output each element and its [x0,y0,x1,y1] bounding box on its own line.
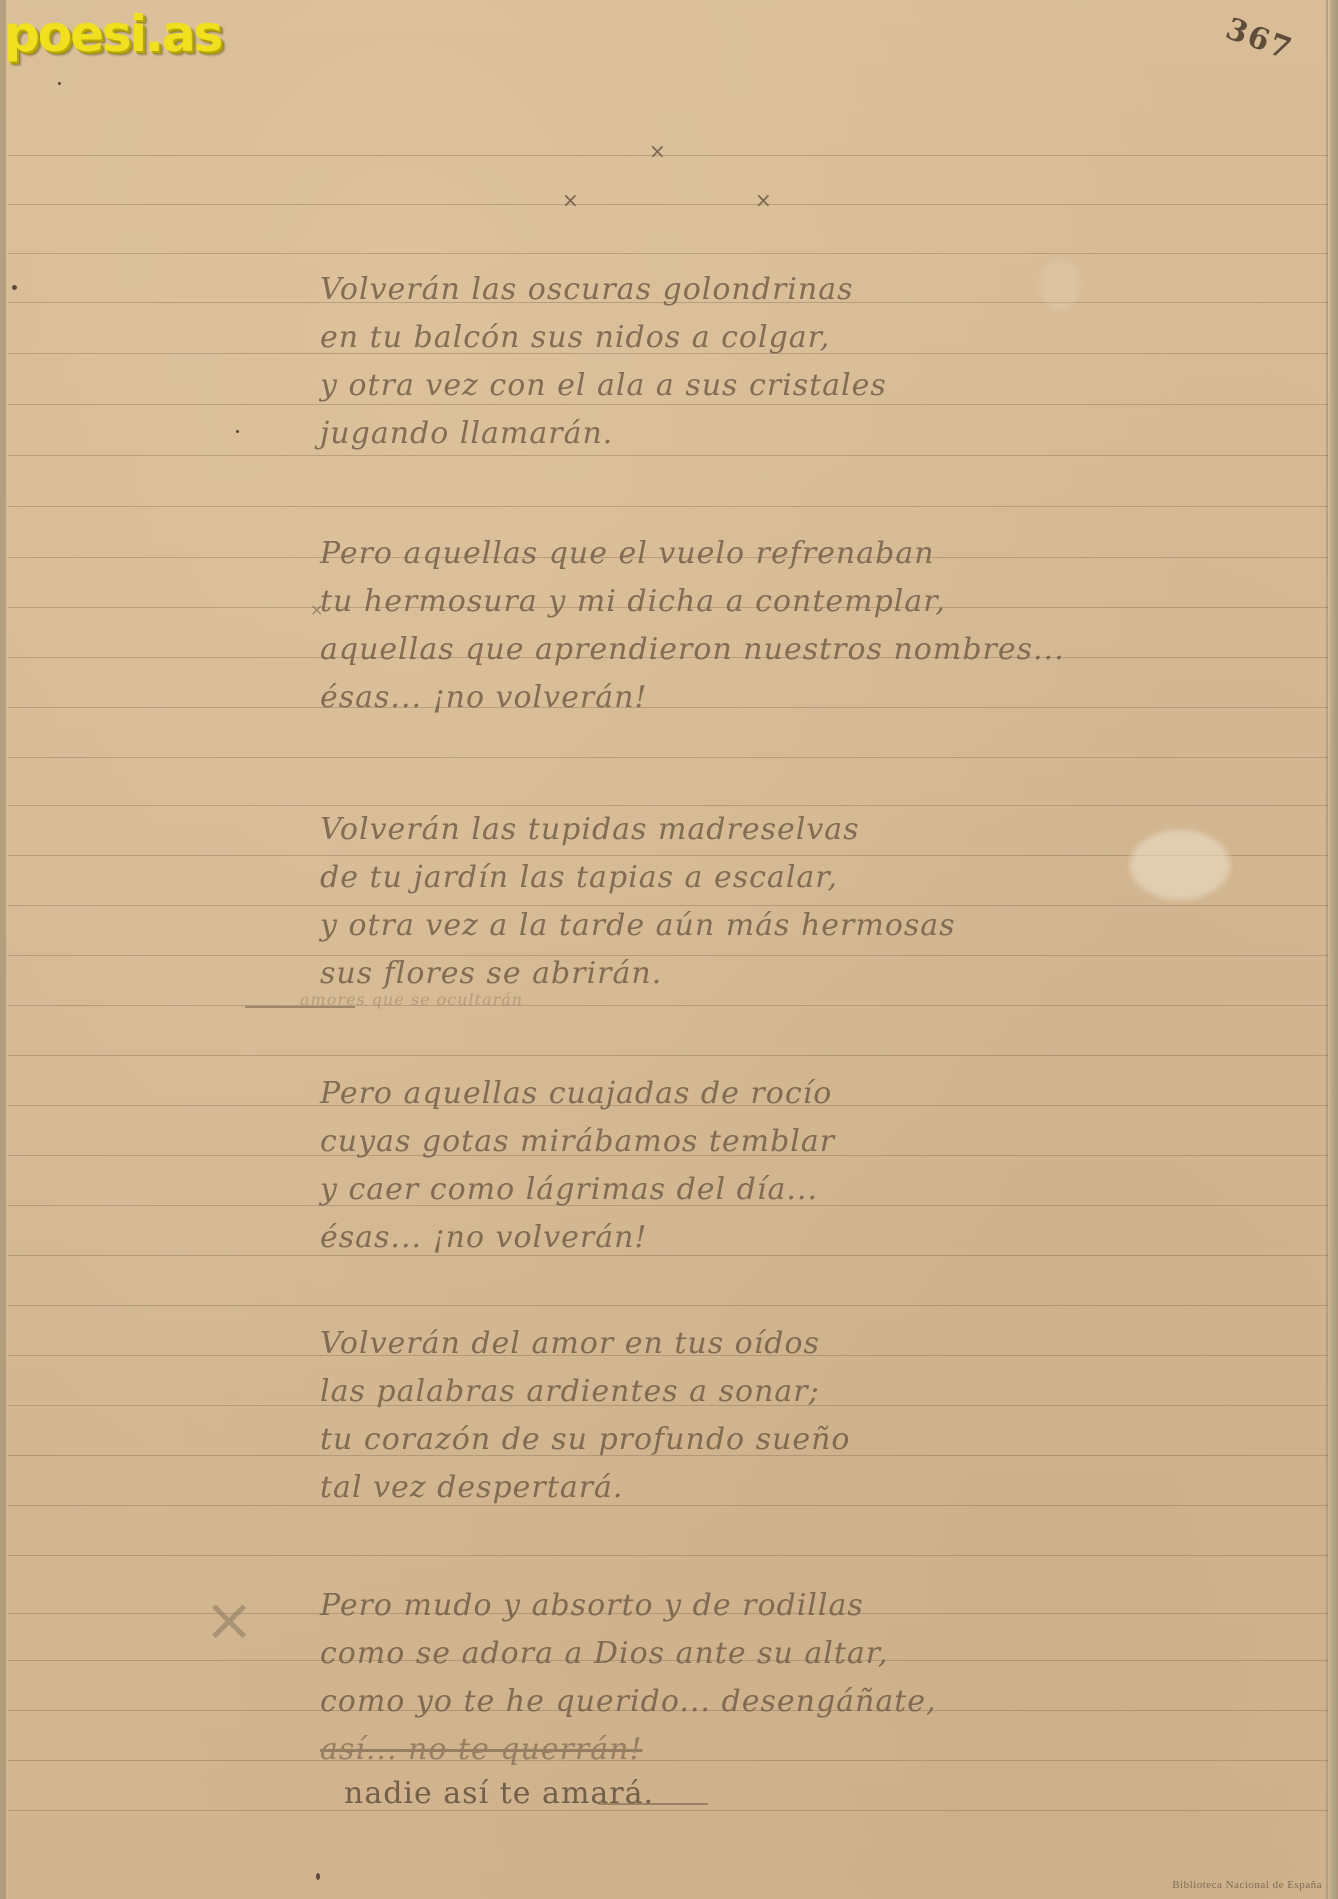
stanza-3: Volverán las tupidas madreselvas de tu j… [320,806,1280,998]
margin-cross-mark: × [204,1590,254,1650]
verse-line: de tu jardín las tapias a escalar, [320,854,1280,902]
verse-line: Volverán del amor en tus oídos [320,1320,1280,1368]
ruled-line [8,204,1328,205]
verse-line: sus flores se abrirán. [320,950,1280,998]
poesias-logo[interactable]: poesi.as [4,4,221,64]
page-number-stamp: 367 [1221,11,1297,67]
verse-line: Volverán las tupidas madreselvas [320,806,1280,854]
verse-line: y otra vez a la tarde aún más hermosas [320,902,1280,950]
verse-line: y otra vez con el ala a sus cristales [320,362,1280,410]
ornament-cross: × [649,141,666,161]
stanza-2: Pero aquellas que el vuelo refrenaban tu… [320,530,1280,722]
verse-line: tu hermosura y mi dicha a contemplar, [320,578,1280,626]
ink-speck [58,82,61,85]
ornament-cross: × [755,190,772,210]
page-right-edge [1330,0,1338,1899]
verse-line: y caer como lágrimas del día... [320,1166,1280,1214]
verse-line: como yo te he querido... desengáñate, [320,1678,1280,1726]
ruled-line [8,506,1328,507]
verse-line: Pero aquellas que el vuelo refrenaban [320,530,1280,578]
ruled-line [8,253,1328,254]
library-watermark: Biblioteca Nacional de España [1172,1879,1322,1891]
verse-line: Volverán las oscuras golondrinas [320,266,1280,314]
ink-speck [12,285,17,290]
verse-line: en tu balcón sus nidos a colgar, [320,314,1280,362]
correction-line: nadie así te amará. [344,1774,1280,1814]
verse-line: como se adora a Dios ante su altar, [320,1630,1280,1678]
stanza-4: Pero aquellas cuajadas de rocío cuyas go… [320,1070,1280,1262]
verse-line: las palabras ardientes a sonar; [320,1368,1280,1416]
stanza-1: Volverán las oscuras golondrinas en tu b… [320,266,1280,458]
stanza-6: Pero mudo y absorto y de rodillas como s… [320,1582,1280,1814]
manuscript-page: poesi.as 367 × × × × × amores que se ocu… [0,0,1338,1899]
verse-line: cuyas gotas mirábamos temblar [320,1118,1280,1166]
page-left-edge [0,0,6,1899]
stanza-5: Volverán del amor en tus oídos las palab… [320,1320,1280,1512]
ink-speck [316,1873,320,1880]
ruled-line [8,757,1328,758]
ruled-line [8,155,1328,156]
ink-underline [598,1803,708,1805]
ruled-line [8,1005,1328,1006]
ink-underline [245,1006,355,1008]
ruled-line [8,1305,1328,1306]
page-right-border [1326,0,1328,1899]
verse-line: ésas... ¡no volverán! [320,1214,1280,1262]
verse-line: ésas... ¡no volverán! [320,674,1280,722]
verse-line: Pero aquellas cuajadas de rocío [320,1070,1280,1118]
ruled-line [8,1055,1328,1056]
struck-verse-line: así... no te querrán! [320,1726,1280,1774]
verse-line: tal vez despertará. [320,1464,1280,1512]
verse-line: Pero mudo y absorto y de rodillas [320,1582,1280,1630]
verse-line: jugando llamarán. [320,410,1280,458]
ruled-line [8,1555,1328,1556]
verse-line: tu corazón de su profundo sueño [320,1416,1280,1464]
ornament-cross: × [562,190,579,210]
ink-speck [236,430,239,433]
verse-line: aquellas que aprendieron nuestros nombre… [320,626,1280,674]
